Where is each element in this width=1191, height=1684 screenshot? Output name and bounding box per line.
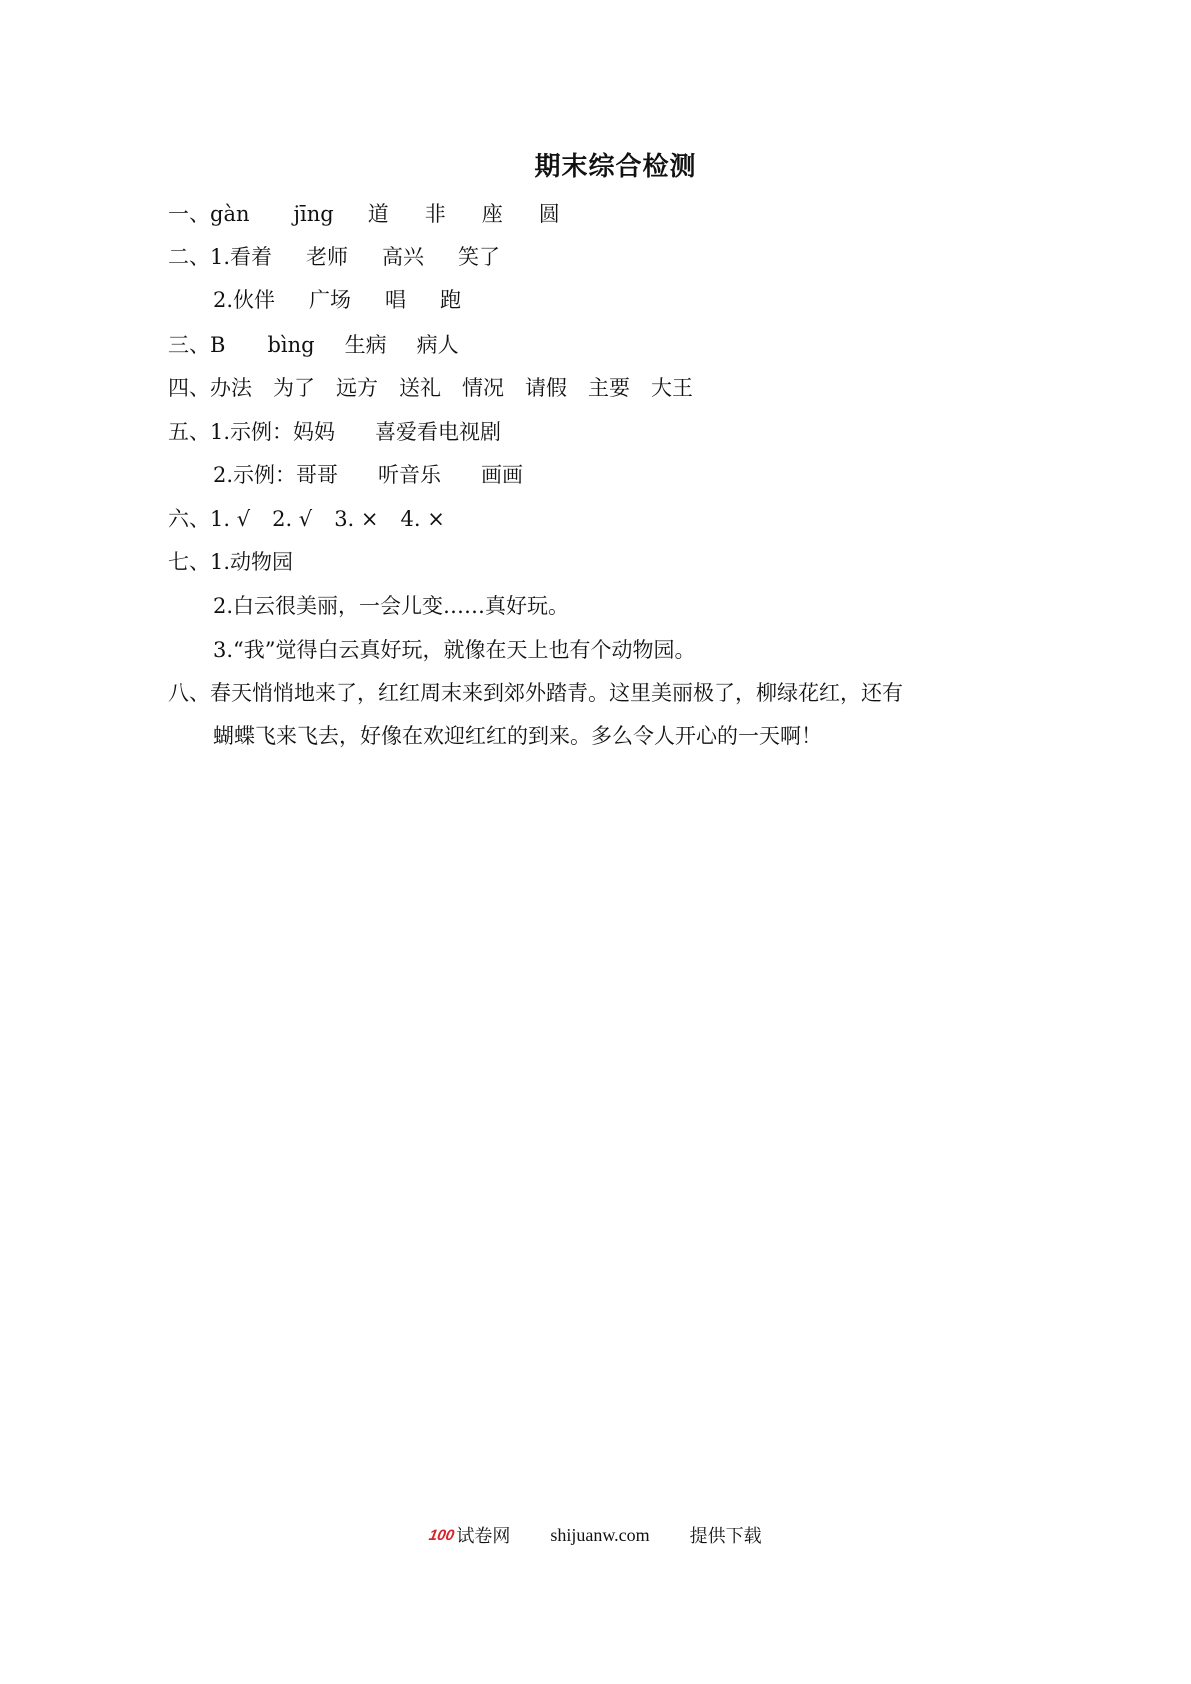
answer-item: 2. √ [272, 505, 312, 533]
section-marker: 三、 [168, 333, 210, 357]
answer-7-2: 2.白云很美丽，一会儿变……真好玩。 [213, 592, 569, 620]
answer-item: 远方 [336, 374, 378, 402]
answer-item: 画画 [481, 461, 523, 489]
section-marker: 八、 [168, 681, 210, 705]
sub-number: 2. [213, 463, 233, 487]
answer-item: 跑 [440, 286, 461, 314]
answer-item: 请假 [525, 374, 567, 402]
answer-item: 老师 [306, 243, 348, 271]
answer-item: B [210, 331, 225, 359]
answer-item: 高兴 [382, 243, 424, 271]
answer-item: 听音乐 [378, 461, 441, 489]
sub-number: 1. [210, 245, 230, 269]
site-url[interactable]: shijuanw.com [550, 1525, 649, 1546]
section-marker: 一、 [168, 202, 210, 226]
answer-2-2: 2.伙伴广场唱跑 [213, 286, 461, 314]
answer-7-3: 3.“我”觉得白云真好玩，就像在天上也有个动物园。 [213, 636, 696, 664]
answer-item: 伙伴 [233, 286, 275, 314]
sub-number: 3. [213, 638, 233, 662]
answer-item: 办法 [210, 374, 252, 402]
answer-5-1: 五、1.示例：妈妈喜爱看电视剧 [168, 418, 501, 446]
answer-4: 四、办法为了远方送礼情况请假主要大王 [168, 374, 693, 402]
answer-8-line-2: 蝴蝶飞来飞去，好像在欢迎红红的到来。多么令人开心的一天啊！ [213, 722, 822, 750]
answer-item: 看着 [230, 243, 272, 271]
sub-number: 1. [210, 420, 230, 444]
sub-number: 2. [213, 288, 233, 312]
answer-item: 示例：妈妈 [230, 418, 335, 446]
footer: 100试卷网shijuanw.com提供下载 [0, 1522, 1191, 1548]
page-title: 期末综合检测 [20, 146, 1191, 183]
answer-item: jīng [294, 200, 334, 228]
answer-item: 4. × [401, 505, 445, 533]
answer-item: 情况 [462, 374, 504, 402]
answer-8-line-1: 八、春天悄悄地来了，红红周末来到郊外踏青。这里美丽极了，柳绿花红，还有 [168, 679, 903, 707]
answer-item: 喜爱看电视剧 [375, 418, 501, 446]
answer-item: 主要 [588, 374, 630, 402]
section-marker: 二、 [168, 245, 210, 269]
answer-text: 蝴蝶飞来飞去，好像在欢迎红红的到来。多么令人开心的一天啊！ [213, 724, 822, 748]
answer-item: 道 [368, 200, 389, 228]
answer-item: 3. × [334, 505, 378, 533]
answer-item: 1. √ [210, 505, 250, 533]
answer-item: bìng [267, 331, 314, 359]
site-name: 试卷网 [456, 1522, 510, 1548]
answer-item: 圆 [539, 200, 560, 228]
answer-6: 六、1. √2. √3. ×4. × [168, 505, 445, 533]
answer-text: “我”觉得白云真好玩，就像在天上也有个动物园。 [233, 638, 695, 662]
section-marker: 六、 [168, 507, 210, 531]
answer-item: 非 [425, 200, 446, 228]
answer-3: 三、Bbìng生病病人 [168, 331, 459, 359]
answer-text: 动物园 [230, 550, 293, 574]
sub-number: 1. [210, 550, 230, 574]
answer-1: 一、gànjīng道非座圆 [168, 200, 560, 228]
site-logo-icon: 100 [428, 1527, 456, 1544]
answer-item: 广场 [309, 286, 351, 314]
answer-item: 为了 [273, 374, 315, 402]
answer-text: 春天悄悄地来了，红红周末来到郊外踏青。这里美丽极了，柳绿花红，还有 [210, 681, 903, 705]
answer-item: 生病 [345, 331, 387, 359]
answer-item: 大王 [651, 374, 693, 402]
answer-2-1: 二、1.看着老师高兴笑了 [168, 243, 500, 271]
download-note: 提供下载 [690, 1522, 762, 1548]
answer-item: 示例：哥哥 [233, 461, 338, 489]
sub-number: 2. [213, 594, 233, 618]
answer-7-1: 七、1.动物园 [168, 548, 293, 576]
section-marker: 四、 [168, 376, 210, 400]
answer-text: 白云很美丽，一会儿变……真好玩。 [233, 594, 569, 618]
answer-item: 病人 [417, 331, 459, 359]
section-marker: 七、 [168, 550, 210, 574]
answer-item: 送礼 [399, 374, 441, 402]
answer-item: 笑了 [458, 243, 500, 271]
section-marker: 五、 [168, 420, 210, 444]
answer-5-2: 2.示例：哥哥听音乐画画 [213, 461, 523, 489]
answer-item: 座 [482, 200, 503, 228]
answer-item: gàn [210, 200, 250, 228]
answer-item: 唱 [385, 286, 406, 314]
